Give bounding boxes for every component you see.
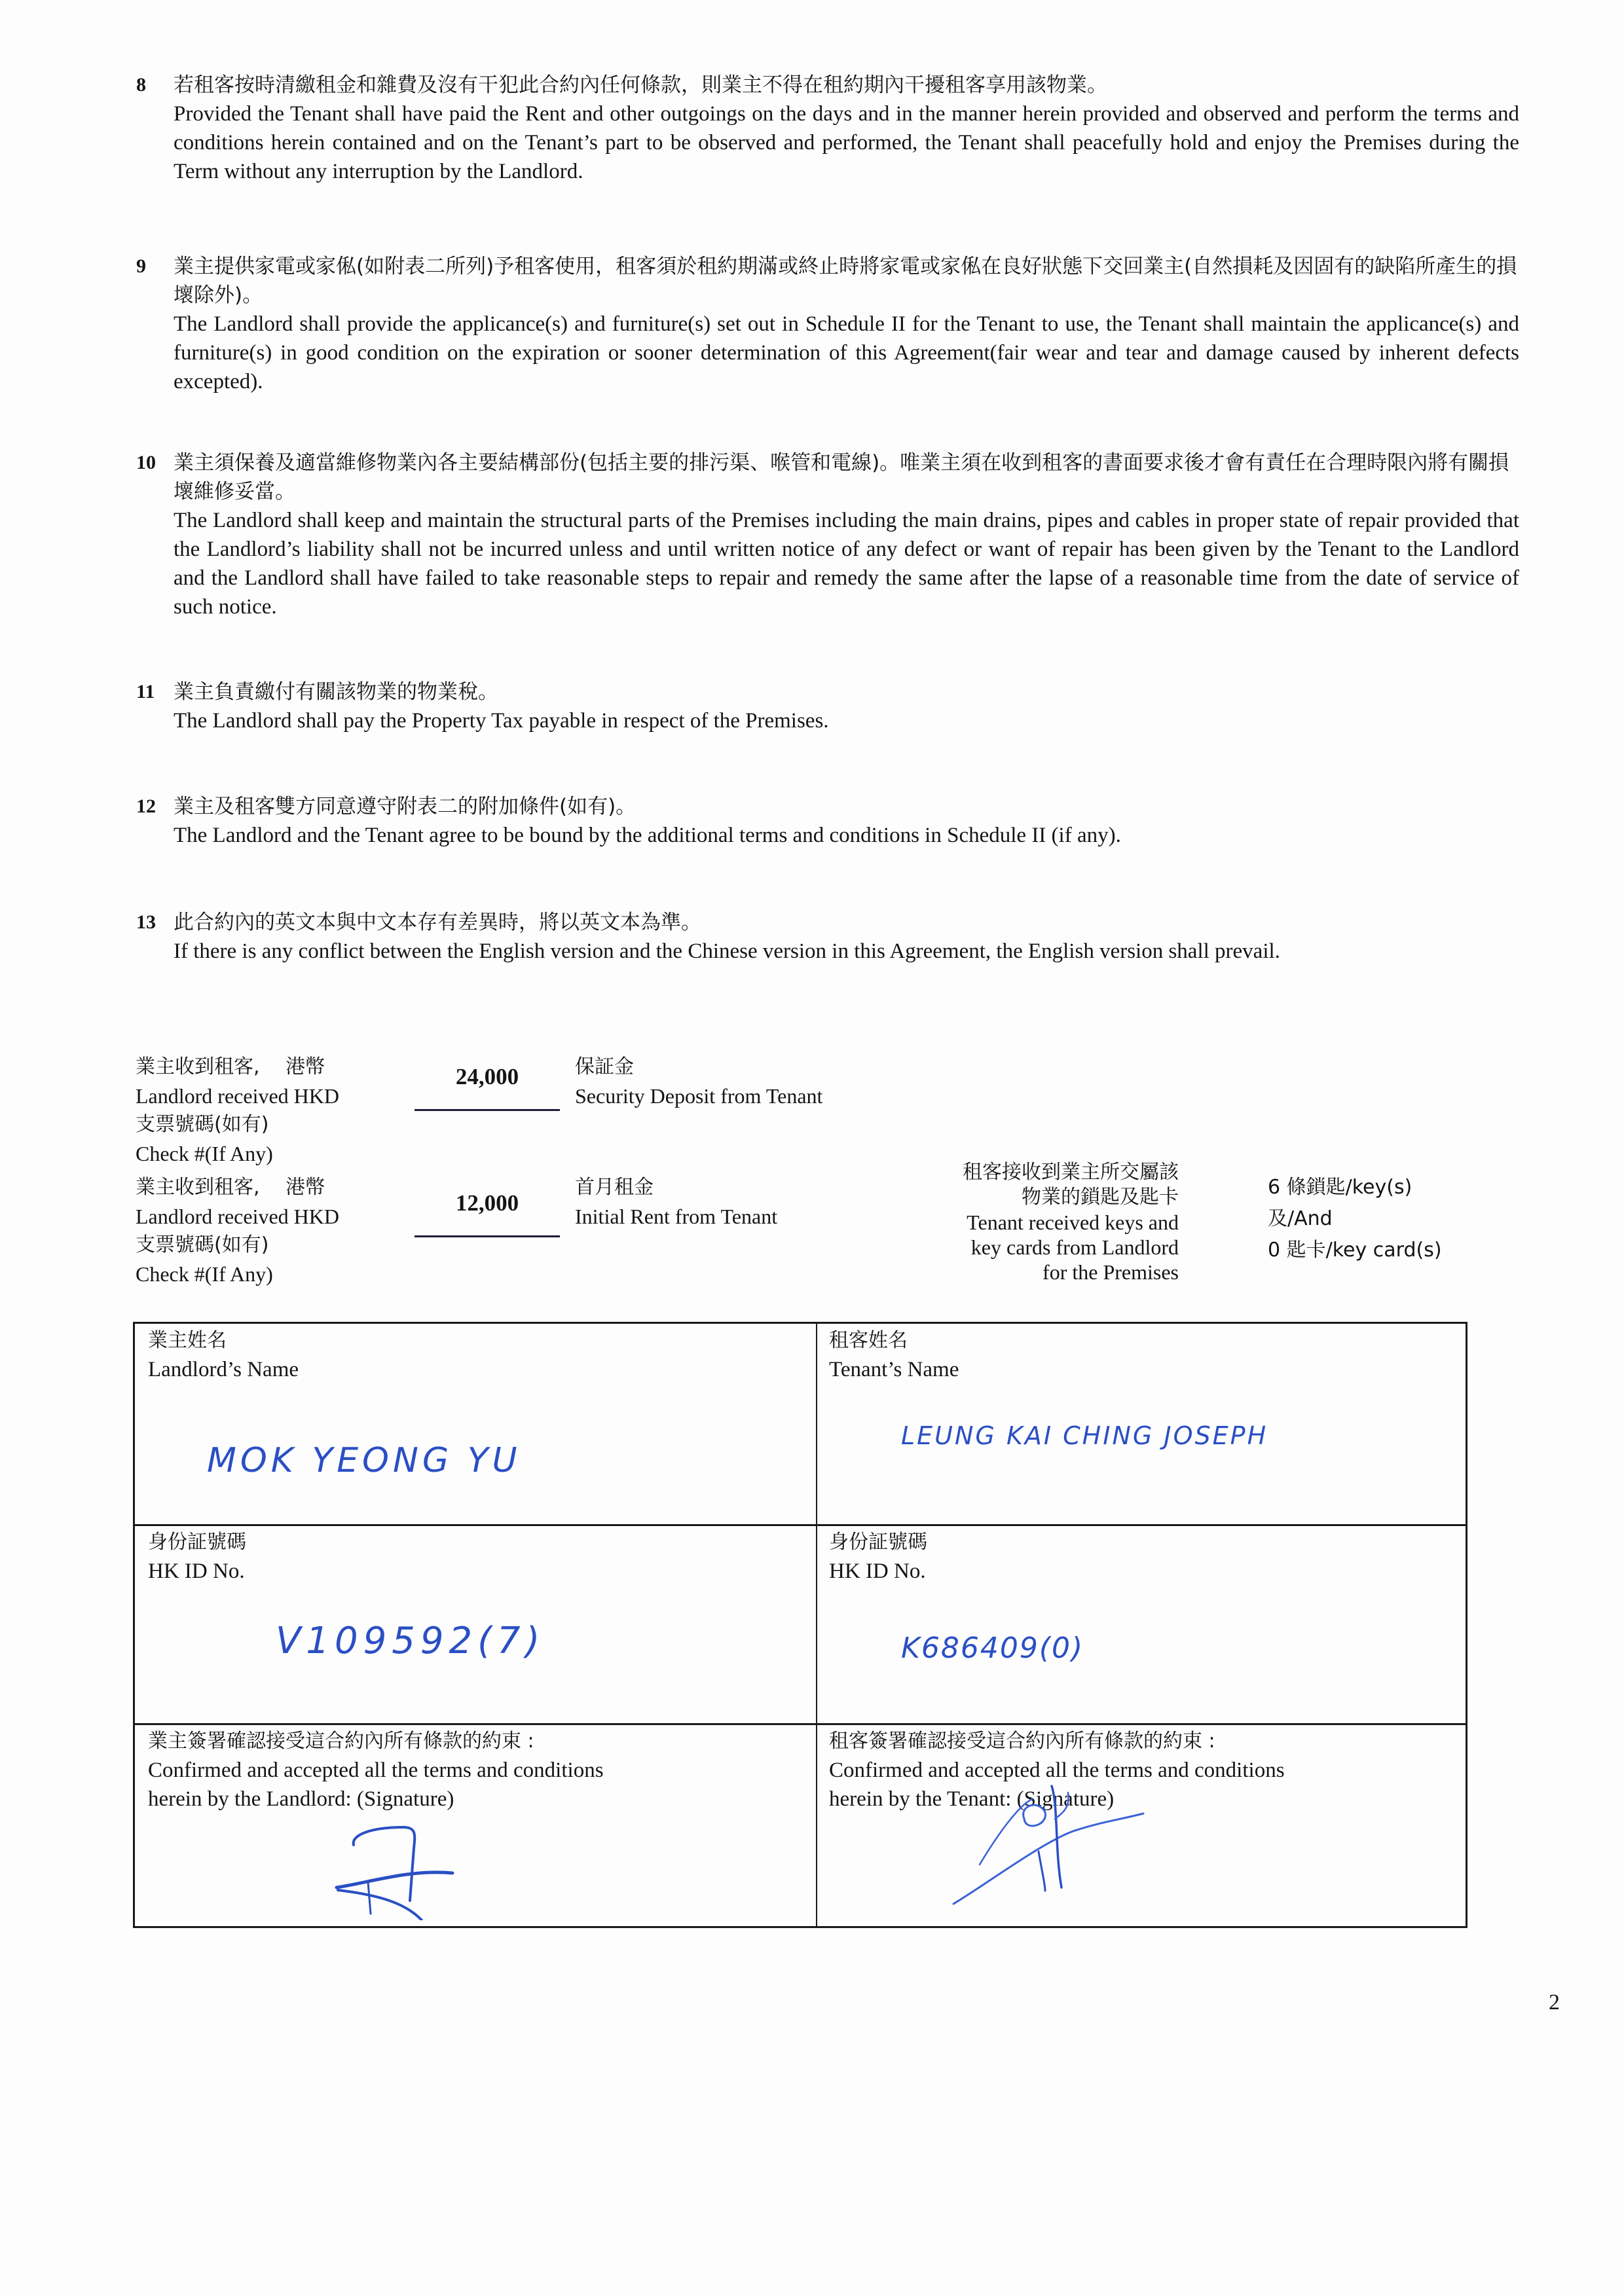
clause-text-en: Provided the Tenant shall have paid the … <box>174 100 1519 186</box>
key-cards-line: 0 匙卡/key card(s) <box>1268 1235 1442 1266</box>
table-row-divider <box>135 1723 1466 1725</box>
tenant-name-cell: 租客姓名 Tenant’s Name LEUNG KAI CHING JOSEP… <box>829 1326 1464 1523</box>
landlord-id-cell: 身份証號碼 HK ID No. V109592(7) <box>148 1528 809 1721</box>
rent-amount: 12,000 <box>415 1190 560 1216</box>
clause-text-en: The Landlord shall pay the Property Tax … <box>174 706 1519 735</box>
clause-text-zh: 業主及租客雙方同意遵守附表二的附加條件(如有)。 <box>174 792 1524 821</box>
clause-12: 12 業主及租客雙方同意遵守附表二的附加條件(如有)。 The Landlord… <box>136 792 1524 850</box>
keys-received-label: 租客接收到業主所交屬該 物業的鎖匙及匙卡 Tenant received key… <box>838 1160 1179 1285</box>
clause-text-en: The Landlord and the Tenant agree to be … <box>174 821 1519 850</box>
clause-10: 10 業主須保養及適當維修物業內各主要結構部份(包括主要的排污渠、喉管和電線)。… <box>136 448 1524 621</box>
table-row-divider <box>135 1524 1466 1526</box>
landlord-signature <box>331 1822 489 1920</box>
clause-text-zh: 若租客按時清繳租金和雜費及沒有干犯此合約內任何條款，則業主不得在租約期內干擾租客… <box>174 71 1524 100</box>
page-number: 2 <box>1549 1990 1560 2015</box>
clause-text-en: The Landlord shall keep and maintain the… <box>174 506 1519 621</box>
tenant-signature-cell: 租客簽署確認接受這合約內所有條款的約束 : Confirmed and acce… <box>829 1727 1464 1923</box>
clause-number: 9 <box>136 252 146 281</box>
landlord-signature-cell: 業主簽署確認接受這合約內所有條款的約束 : Confirmed and acce… <box>148 1727 809 1923</box>
clause-11: 11 業主負責繳付有關該物業的物業稅。 The Landlord shall p… <box>136 678 1524 735</box>
rent-received-label: 業主收到租客, 港幣 Landlord received HKD 支票號碼(如有… <box>136 1173 339 1288</box>
deposit-received-label: 業主收到租客, 港幣 Landlord received HKD 支票號碼(如有… <box>136 1053 339 1168</box>
clause-number: 11 <box>136 678 155 706</box>
clause-text-en: The Landlord shall provide the applicanc… <box>174 310 1519 396</box>
tenant-id-cell: 身份証號碼 HK ID No. K686409(0) <box>829 1528 1464 1721</box>
keys-line: 6 條鎖匙/key(s) <box>1268 1172 1442 1203</box>
rent-amount-underline <box>415 1235 560 1237</box>
keys-count: 6 條鎖匙/key(s) 及/And 0 匙卡/key card(s) <box>1268 1172 1442 1266</box>
rent-description: 首月租金 Initial Rent from Tenant <box>575 1173 777 1231</box>
clause-number: 13 <box>136 908 156 937</box>
tenant-signature <box>947 1779 1156 1910</box>
clause-8: 8 若租客按時清繳租金和雜費及沒有干犯此合約內任何條款，則業主不得在租約期內干擾… <box>136 71 1524 186</box>
clause-text-zh: 此合約內的英文本與中文本存有差異時，將以英文本為準。 <box>174 908 1524 937</box>
clause-9: 9 業主提供家電或家俬(如附表二所列)予租客使用，租客須於租約期滿或終止時將家電… <box>136 252 1524 396</box>
landlord-name-cell: 業主姓名 Landlord’s Name MOK YEONG YU <box>148 1326 809 1523</box>
clause-text-zh: 業主負責繳付有關該物業的物業稅。 <box>174 678 1524 706</box>
clause-text-zh: 業主須保養及適當維修物業內各主要結構部份(包括主要的排污渠、喉管和電線)。唯業主… <box>174 448 1519 506</box>
deposit-description: 保証金 Security Deposit from Tenant <box>575 1053 822 1110</box>
tenant-name-handwritten: LEUNG KAI CHING JOSEPH <box>901 1421 1268 1450</box>
deposit-amount-underline <box>415 1109 560 1111</box>
landlord-id-handwritten: V109592(7) <box>276 1620 545 1662</box>
landlord-name-handwritten: MOK YEONG YU <box>207 1441 521 1480</box>
clause-number: 12 <box>136 792 156 821</box>
clause-text-zh: 業主提供家電或家俬(如附表二所列)予租客使用，租客須於租約期滿或終止時將家電或家… <box>174 252 1519 310</box>
clause-text-en: If there is any conflict between the Eng… <box>174 937 1519 966</box>
table-column-divider <box>816 1324 817 1926</box>
signature-table: 業主姓名 Landlord’s Name MOK YEONG YU 租客姓名 T… <box>133 1322 1467 1928</box>
deposit-amount: 24,000 <box>415 1064 560 1090</box>
clause-number: 8 <box>136 71 146 100</box>
tenant-id-handwritten: K686409(0) <box>901 1631 1084 1665</box>
and-line: 及/And <box>1268 1203 1442 1235</box>
clause-13: 13 此合約內的英文本與中文本存有差異時，將以英文本為準。 If there i… <box>136 908 1524 966</box>
clause-number: 10 <box>136 448 156 477</box>
